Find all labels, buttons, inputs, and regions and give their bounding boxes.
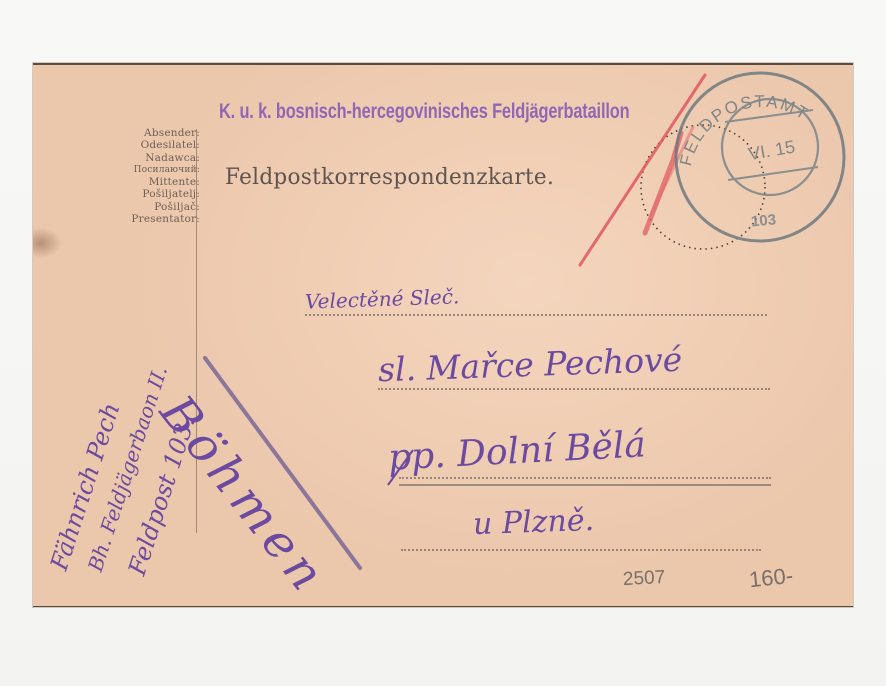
svg-text:VI. 15: VI. 15 — [747, 136, 797, 164]
postcard: Absender: Odesilatel: Nadawca: Посилаючи… — [33, 63, 853, 607]
svg-text:103: 103 — [750, 211, 776, 230]
scan-background: Absender: Odesilatel: Nadawca: Посилаючи… — [0, 0, 886, 686]
marks-overlay: FELDPOSTAMT VI. 15 103 — [33, 65, 853, 609]
postmark: FELDPOSTAMT VI. 15 103 — [676, 73, 844, 241]
